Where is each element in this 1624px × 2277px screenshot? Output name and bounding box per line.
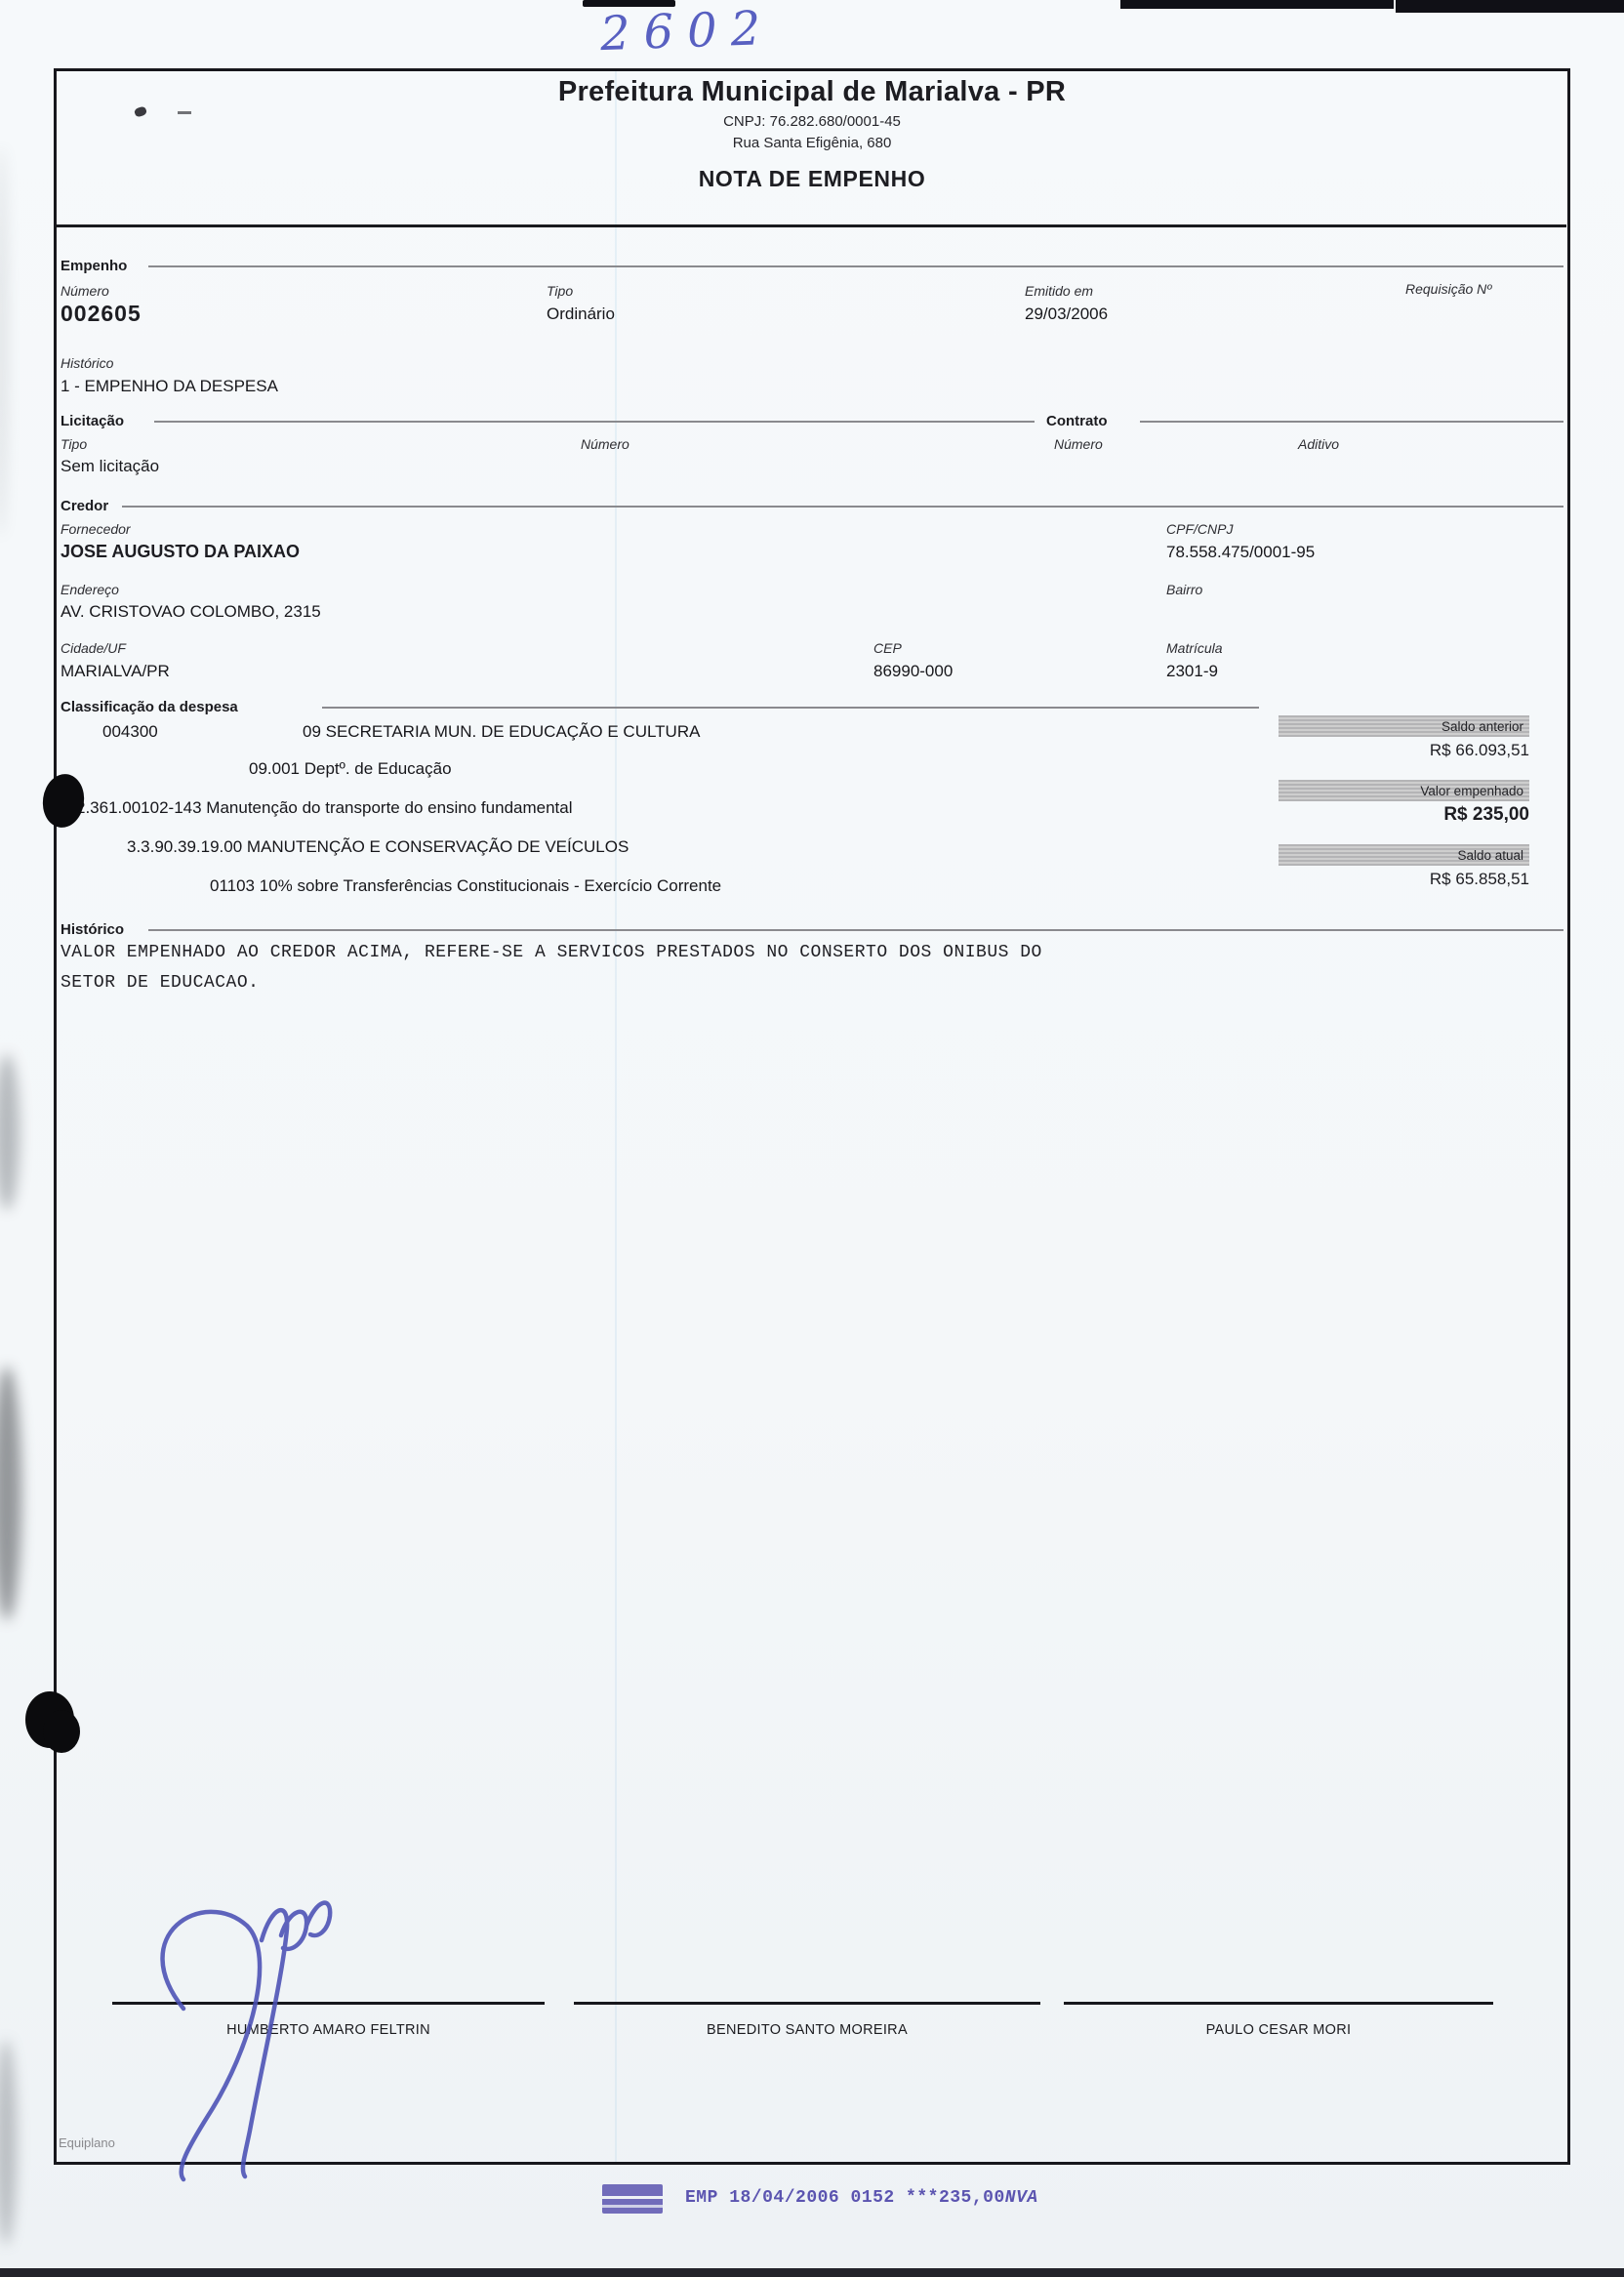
cidade-uf-label: Cidade/UF [61,640,126,656]
scan-smudge [0,1054,20,1210]
classificacao-row: 004300 [102,722,158,742]
stamp-text: EMP 18/04/2006 0152 ***235,00 [685,2188,1005,2208]
section-credor: Credor [61,498,108,514]
licitacao-tipo-label: Tipo [61,436,87,452]
section-line [154,421,1035,423]
empenho-tipo: Ordinário [547,305,615,324]
scan-smudge [0,1366,21,1620]
valor-empenhado-label: Valor empenhado [1420,784,1523,798]
credor-cpf-cnpj: 78.558.475/0001-95 [1166,543,1315,562]
classificacao-code: 09.001 [249,759,300,778]
scan-artifact-top [1396,0,1624,13]
cpf-cnpj-label: CPF/CNPJ [1166,521,1233,537]
valor-empenhado-value: R$ 235,00 [1279,804,1529,826]
page-title: Prefeitura Municipal de Marialva - PR [226,76,1398,108]
handwritten-signature [115,1882,349,2184]
document-border [54,68,1570,2165]
credor-matricula: 2301-9 [1166,662,1218,681]
classificacao-code: 3.3.90.39.19.00 [127,837,242,856]
endereco-label: Endereço [61,582,119,597]
credor-fornecedor: JOSE AUGUSTO DA PAIXAO [61,542,300,562]
section-line [322,707,1259,709]
historico-text-line1: VALOR EMPENHADO AO CREDOR ACIMA, REFERE-… [61,943,1042,962]
scan-smudge [0,146,8,537]
credor-endereco: AV. CRISTOVAO COLOMBO, 2315 [61,602,321,622]
saldo-atual-label: Saldo atual [1457,848,1523,863]
section-line [122,506,1563,508]
section-line [148,265,1563,267]
licitacao-numero-label: Número [581,436,629,452]
saldo-atual-value: R$ 65.858,51 [1279,870,1529,889]
signature-name: PAULO CESAR MORI [1064,2022,1493,2038]
historico-text-line2: SETOR DE EDUCACAO. [61,973,259,993]
valor-empenhado-bar: Valor empenhado [1279,780,1529,801]
vendor-watermark: Equiplano [59,2135,115,2150]
classificacao-code: 2.361.00102-143 [76,798,202,817]
classificacao-desc: Manutenção do transporte do ensino funda… [206,798,572,817]
ink-blot [43,1710,80,1753]
classificacao-code: 01103 [210,876,255,895]
saldo-anterior-value: R$ 66.093,51 [1279,741,1529,760]
classificacao-desc: Deptº. de Educação [304,759,452,778]
credor-cep: 86990-000 [873,662,953,681]
header-cnpj: CNPJ: 76.282.680/0001-45 [226,113,1398,130]
document-title: NOTA DE EMPENHO [226,166,1398,192]
credor-cidade-uf: MARIALVA/PR [61,662,170,681]
signature-line [1064,2002,1493,2005]
tipo-label: Tipo [547,283,573,299]
handwritten-number: 2602 [599,1,775,61]
signature-name: BENEDITO SANTO MOREIRA [574,2022,1040,2038]
scanned-document-page: 2602 Prefeitura Municipal de Marialva - … [0,0,1624,2277]
stamp-logo-icon [602,2184,663,2214]
saldo-anterior-label: Saldo anterior [1441,719,1523,734]
scan-artifact-top [1120,0,1394,9]
signature-line [574,2002,1040,2005]
empenho-historico-label: Histórico [61,355,113,371]
fornecedor-label: Fornecedor [61,521,131,537]
bairro-label: Bairro [1166,582,1202,597]
requisicao-label: Requisição Nº [1405,281,1491,297]
classificacao-row: 2.361.00102-143 Manutenção do transporte… [76,798,573,818]
empenho-historico: 1 - EMPENHO DA DESPESA [61,377,278,396]
contrato-numero-label: Número [1054,436,1103,452]
section-classificacao: Classificação da despesa [61,699,238,715]
stamp-suffix: NVA [1005,2188,1038,2208]
cep-label: CEP [873,640,902,656]
header-divider [56,224,1566,227]
section-historico: Histórico [61,921,124,938]
classificacao-row: 09 SECRETARIA MUN. DE EDUCAÇÃO E CULTURA [303,722,700,742]
validation-stamp: EMP 18/04/2006 0152 ***235,00NVA [685,2188,1038,2208]
classificacao-code: 004300 [102,722,158,741]
scan-smudge [0,2040,17,2245]
classificacao-desc: 10% sobre Transferências Constitucionais… [260,876,721,895]
saldo-anterior-bar: Saldo anterior [1279,715,1529,737]
section-licitacao: Licitação [61,413,124,429]
empenho-emitido: 29/03/2006 [1025,305,1108,324]
classificacao-row: 3.3.90.39.19.00 MANUTENÇÃO E CONSERVAÇÃO… [127,837,629,857]
empenho-numero: 002605 [61,301,142,327]
classificacao-desc: MANUTENÇÃO E CONSERVAÇÃO DE VEÍCULOS [247,837,629,856]
matricula-label: Matrícula [1166,640,1223,656]
section-line [148,929,1563,931]
licitacao-tipo: Sem licitação [61,457,159,476]
numero-label: Número [61,283,109,299]
saldo-atual-bar: Saldo atual [1279,844,1529,866]
section-empenho: Empenho [61,258,127,274]
scan-artifact-bottom [0,2268,1624,2277]
section-line [1140,421,1563,423]
emitido-label: Emitido em [1025,283,1093,299]
classificacao-row: 01103 10% sobre Transferências Constituc… [210,876,721,896]
section-contrato: Contrato [1046,413,1108,429]
contrato-aditivo-label: Aditivo [1298,436,1339,452]
classificacao-desc: 09 SECRETARIA MUN. DE EDUCAÇÃO E CULTURA [303,722,700,741]
classificacao-row: 09.001 Deptº. de Educação [249,759,452,779]
header-address: Rua Santa Efigênia, 680 [226,135,1398,151]
